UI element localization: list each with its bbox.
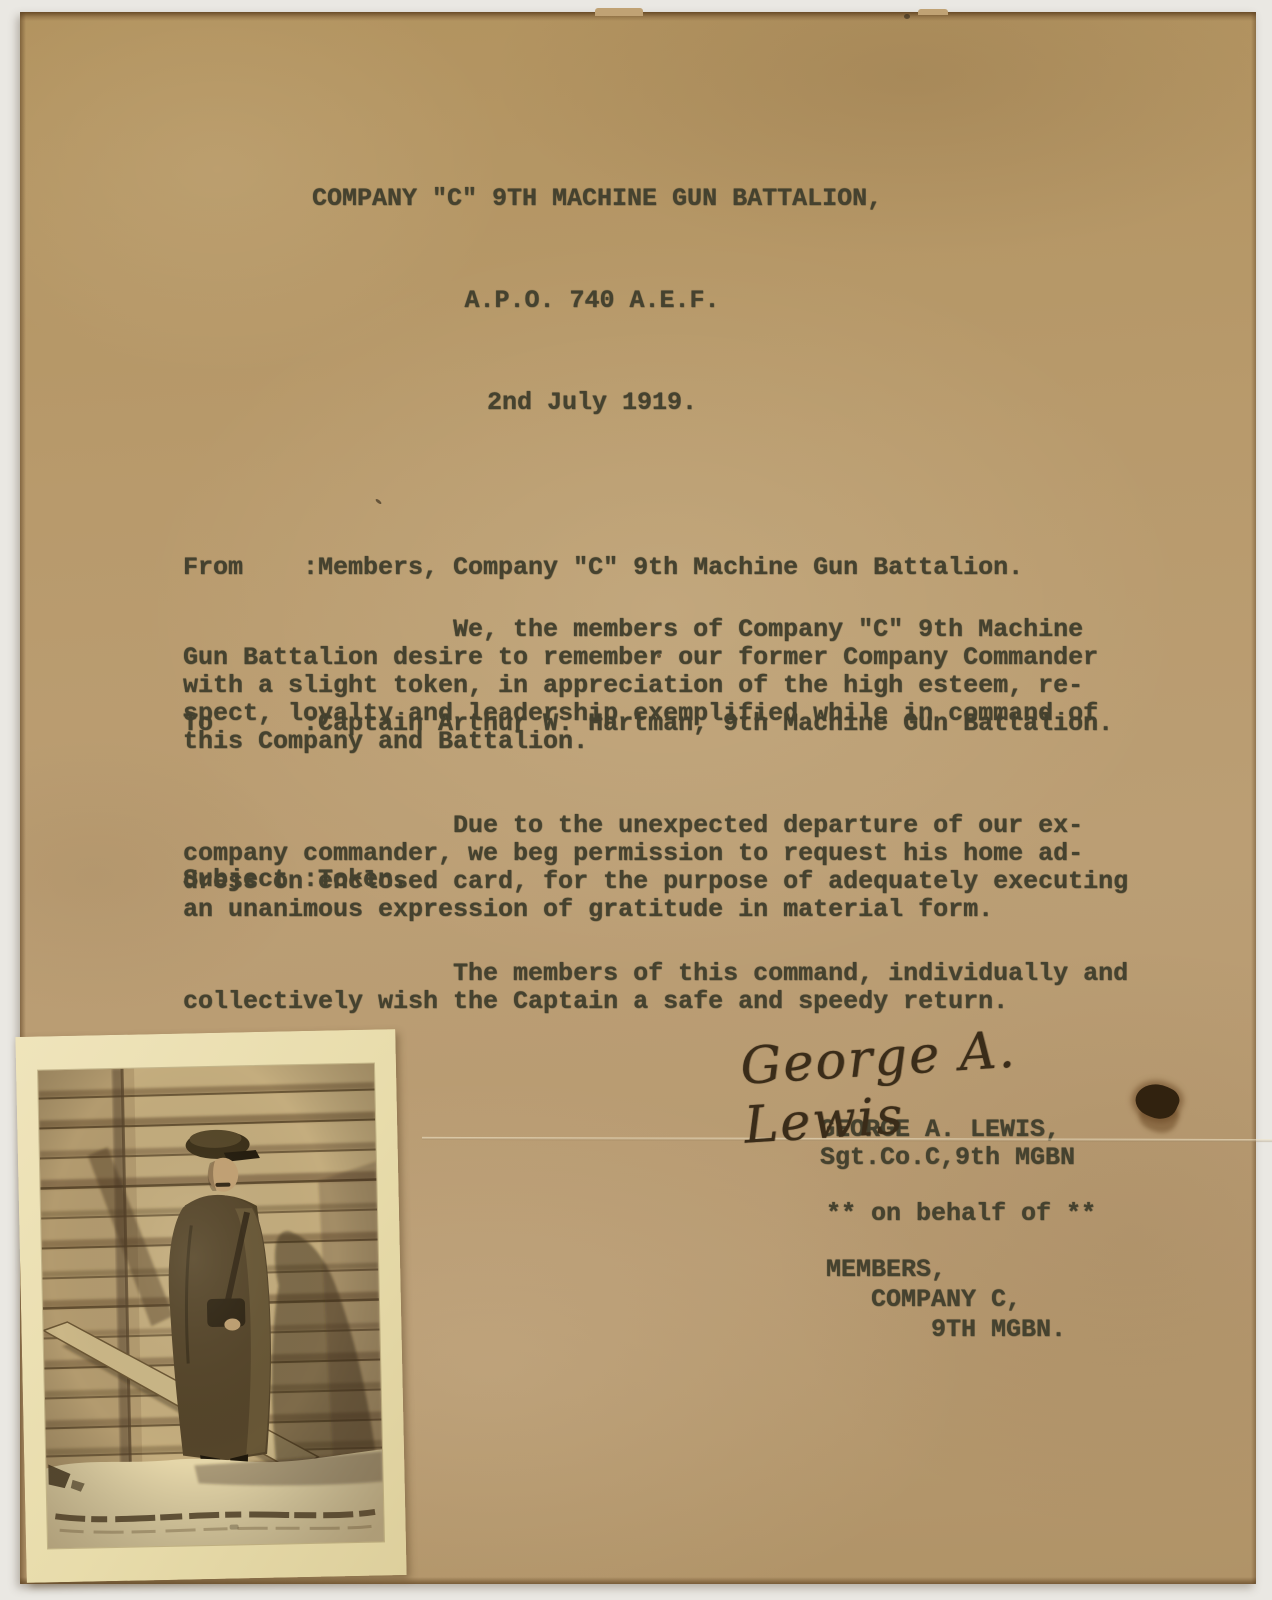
paper-tear-notch	[918, 9, 948, 15]
letterhead-line-2: A.P.O. 740 A.E.F.	[312, 284, 872, 318]
body-paragraph-1: We, the members of Company "C" 9th Machi…	[183, 616, 1098, 756]
on-behalf-line: ** on behalf of **	[826, 1199, 1096, 1228]
scanned-letter-page: COMPANY "C" 9TH MACHINE GUN BATTALION, A…	[0, 0, 1272, 1600]
body-paragraph-3: The members of this command, individuall…	[183, 960, 1128, 1016]
letterhead: COMPANY "C" 9TH MACHINE GUN BATTALION, A…	[312, 114, 872, 488]
letterhead-line-3: 2nd July 1919.	[312, 386, 872, 420]
soldier-photo	[15, 1029, 406, 1583]
paper-tear-notch	[595, 8, 643, 16]
body-paragraph-2: Due to the unexpected departure of our e…	[183, 812, 1128, 924]
photo-image	[38, 1064, 384, 1549]
letterhead-line-1: COMPANY "C" 9TH MACHINE GUN BATTALION,	[312, 182, 872, 216]
from-line: From :Members, Company "C" 9th Machine G…	[183, 542, 1113, 594]
members-signature-block: MEMBERS, COMPANY C, 9TH MGBN.	[826, 1255, 1066, 1345]
paper-speck	[904, 14, 910, 19]
paper-right-edge	[1251, 12, 1256, 1584]
